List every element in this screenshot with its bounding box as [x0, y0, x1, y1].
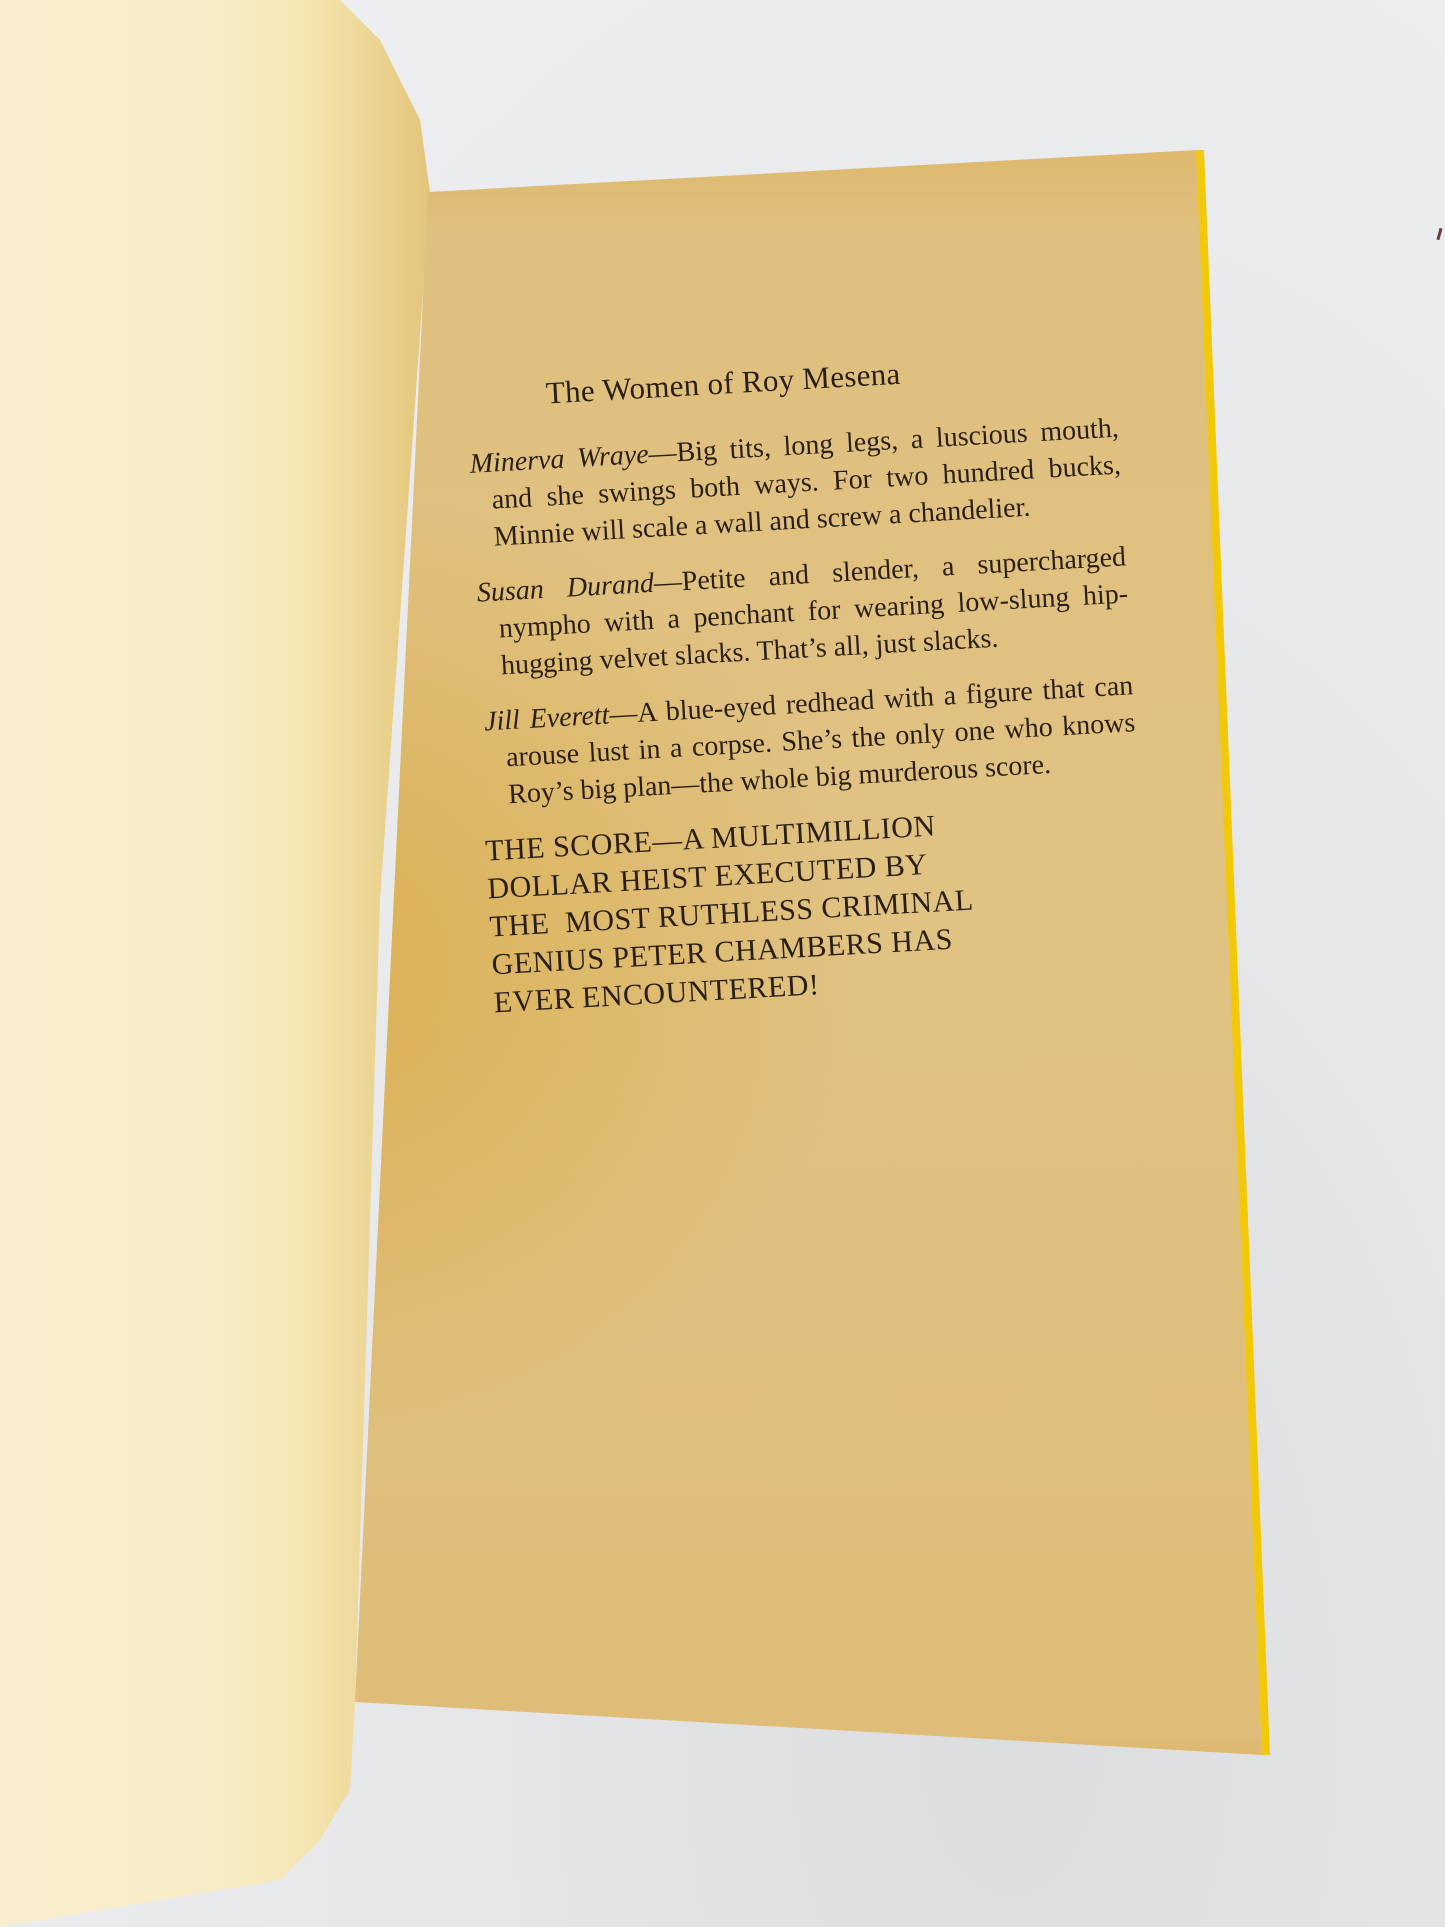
character-entry-minerva: Minerva Wraye—Big tits, long legs, a lus…	[469, 410, 1124, 557]
character-entry-susan: Susan Durand—Petite and slender, a super…	[476, 538, 1131, 685]
em-dash: —	[608, 698, 638, 731]
em-dash: —	[653, 566, 683, 599]
character-description: Big tits, long legs, a luscious mouth, a…	[491, 413, 1122, 553]
character-description: Petite and slender, a supercharged nymph…	[498, 541, 1129, 681]
character-name: Susan Durand	[476, 568, 655, 609]
em-dash: —	[648, 437, 678, 470]
character-name: Jill Everett	[483, 699, 610, 737]
character-entry-jill: Jill Everett—A blue-eyed redhead with a …	[483, 667, 1138, 814]
character-name: Minerva Wraye	[469, 439, 650, 480]
page-text-block: The Women of Roy Mesena Minerva Wraye—Bi…	[465, 344, 1150, 1022]
character-description: A blue-eyed redhead with a figure that c…	[505, 670, 1136, 810]
score-blurb: THE SCORE—A MULTIMILLION DOLLAR HEIST EX…	[484, 796, 1150, 1022]
